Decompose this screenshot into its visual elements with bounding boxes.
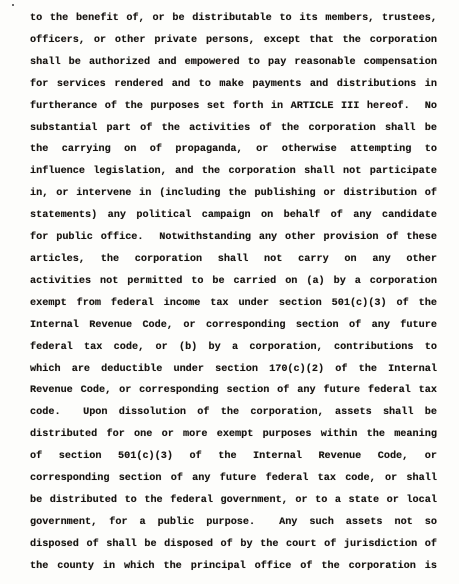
- text-line: corresponding section of any future fede…: [30, 468, 437, 490]
- text-line: in, or intervene in (including the publi…: [30, 183, 437, 205]
- text-line: disposed of shall be disposed of by the …: [30, 534, 437, 556]
- text-line: furtherance of the purposes set forth in…: [30, 96, 437, 118]
- text-line: Internal Revenue Code, or corresponding …: [30, 315, 437, 337]
- scanned-document-page: to the benefit of, or be distributable t…: [0, 0, 459, 584]
- text-line: federal tax code, or (b) by a corporatio…: [30, 337, 437, 359]
- text-line: which are deductible under section 170(c…: [30, 359, 437, 381]
- text-line: exempt from federal income tax under sec…: [30, 293, 437, 315]
- text-line: distributed for one or more exempt purpo…: [30, 424, 437, 446]
- text-line: substantial part of the activities of th…: [30, 118, 437, 140]
- text-line: activities not permitted to be carried o…: [30, 271, 437, 293]
- text-line: to the benefit of, or be distributable t…: [30, 8, 437, 30]
- text-line: the county in which the principal office…: [30, 556, 437, 578]
- text-line: shall be authorized and empowered to pay…: [30, 52, 437, 74]
- text-line: code. Upon dissolution of the corporatio…: [30, 402, 437, 424]
- text-line: for public office. Notwithstanding any o…: [30, 227, 437, 249]
- text-line: influence legislation, and the corporati…: [30, 161, 437, 183]
- scan-artifact-dot: [12, 4, 14, 6]
- text-line: articles, the corporation shall not carr…: [30, 249, 437, 271]
- document-text-block: to the benefit of, or be distributable t…: [30, 8, 437, 578]
- text-line: officers, or other private persons, exce…: [30, 30, 437, 52]
- text-line: for services rendered and to make paymen…: [30, 74, 437, 96]
- text-line: Revenue Code, or corresponding section o…: [30, 380, 437, 402]
- text-line: government, for a public purpose. Any su…: [30, 512, 437, 534]
- text-line: the carrying on of propaganda, or otherw…: [30, 139, 437, 161]
- text-line: be distributed to the federal government…: [30, 490, 437, 512]
- text-line: of section 501(c)(3) of the Internal Rev…: [30, 446, 437, 468]
- text-line: statements) any political campaign on be…: [30, 205, 437, 227]
